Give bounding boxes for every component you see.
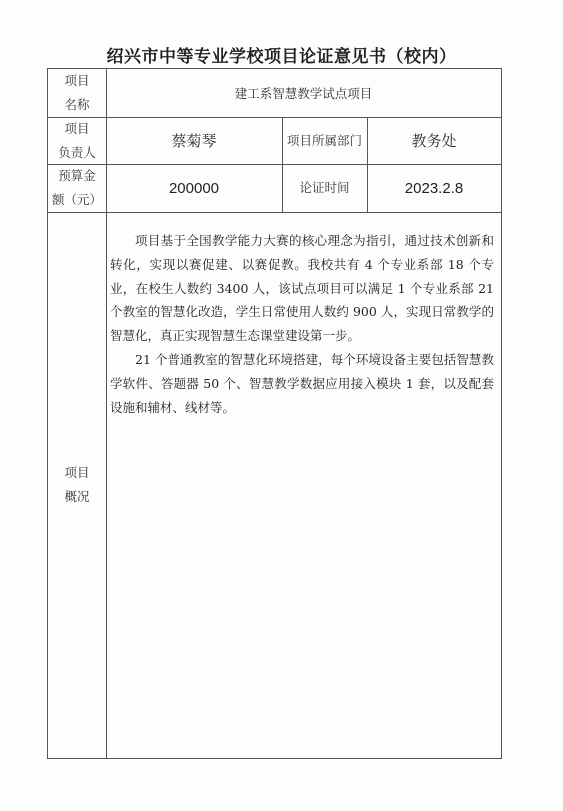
- label-line: 预算金: [58, 164, 96, 188]
- project-name-label: 项目 名称: [48, 69, 106, 117]
- overview-text: 项目基于全国教学能力大赛的核心理念为指引，通过技术创新和转化，实现以赛促建、以赛…: [110, 229, 494, 419]
- project-name-value: 建工系智慧教学试点项目: [106, 69, 501, 117]
- document-title: 绍兴市中等专业学校项目论证意见书（校内）: [0, 42, 563, 67]
- label-line: 概况: [64, 485, 89, 509]
- label-line: 项目: [64, 461, 89, 485]
- row-divider: [48, 212, 501, 213]
- overview-paragraph: 项目基于全国教学能力大赛的核心理念为指引，通过技术创新和转化，实现以赛促建、以赛…: [110, 229, 494, 348]
- label-line: 额（元）: [52, 188, 102, 212]
- label-line: 项目: [64, 69, 89, 93]
- department-value: 教务处: [367, 117, 501, 164]
- label-line: 负责人: [58, 141, 96, 165]
- department-label: 项目所属部门: [282, 117, 367, 164]
- project-lead-label: 项目 负责人: [48, 117, 106, 164]
- overview-label: 项目 概况: [48, 212, 106, 758]
- review-date-label: 论证时间: [282, 164, 367, 212]
- budget-value: 200000: [106, 164, 282, 212]
- project-lead-value: 蔡菊琴: [106, 117, 282, 164]
- label-line: 名称: [64, 93, 89, 117]
- review-form-table: 项目 名称 建工系智慧教学试点项目 项目 负责人 蔡菊琴 项目所属部门 教务处 …: [47, 68, 502, 759]
- review-date-value: 2023.2.8: [367, 164, 501, 212]
- label-line: 项目: [64, 117, 89, 141]
- overview-paragraph: 21 个普通教室的智慧化环境搭建，每个环境设备主要包括智慧教学软件、答题器 50…: [110, 348, 494, 419]
- budget-label: 预算金 额（元）: [48, 164, 106, 212]
